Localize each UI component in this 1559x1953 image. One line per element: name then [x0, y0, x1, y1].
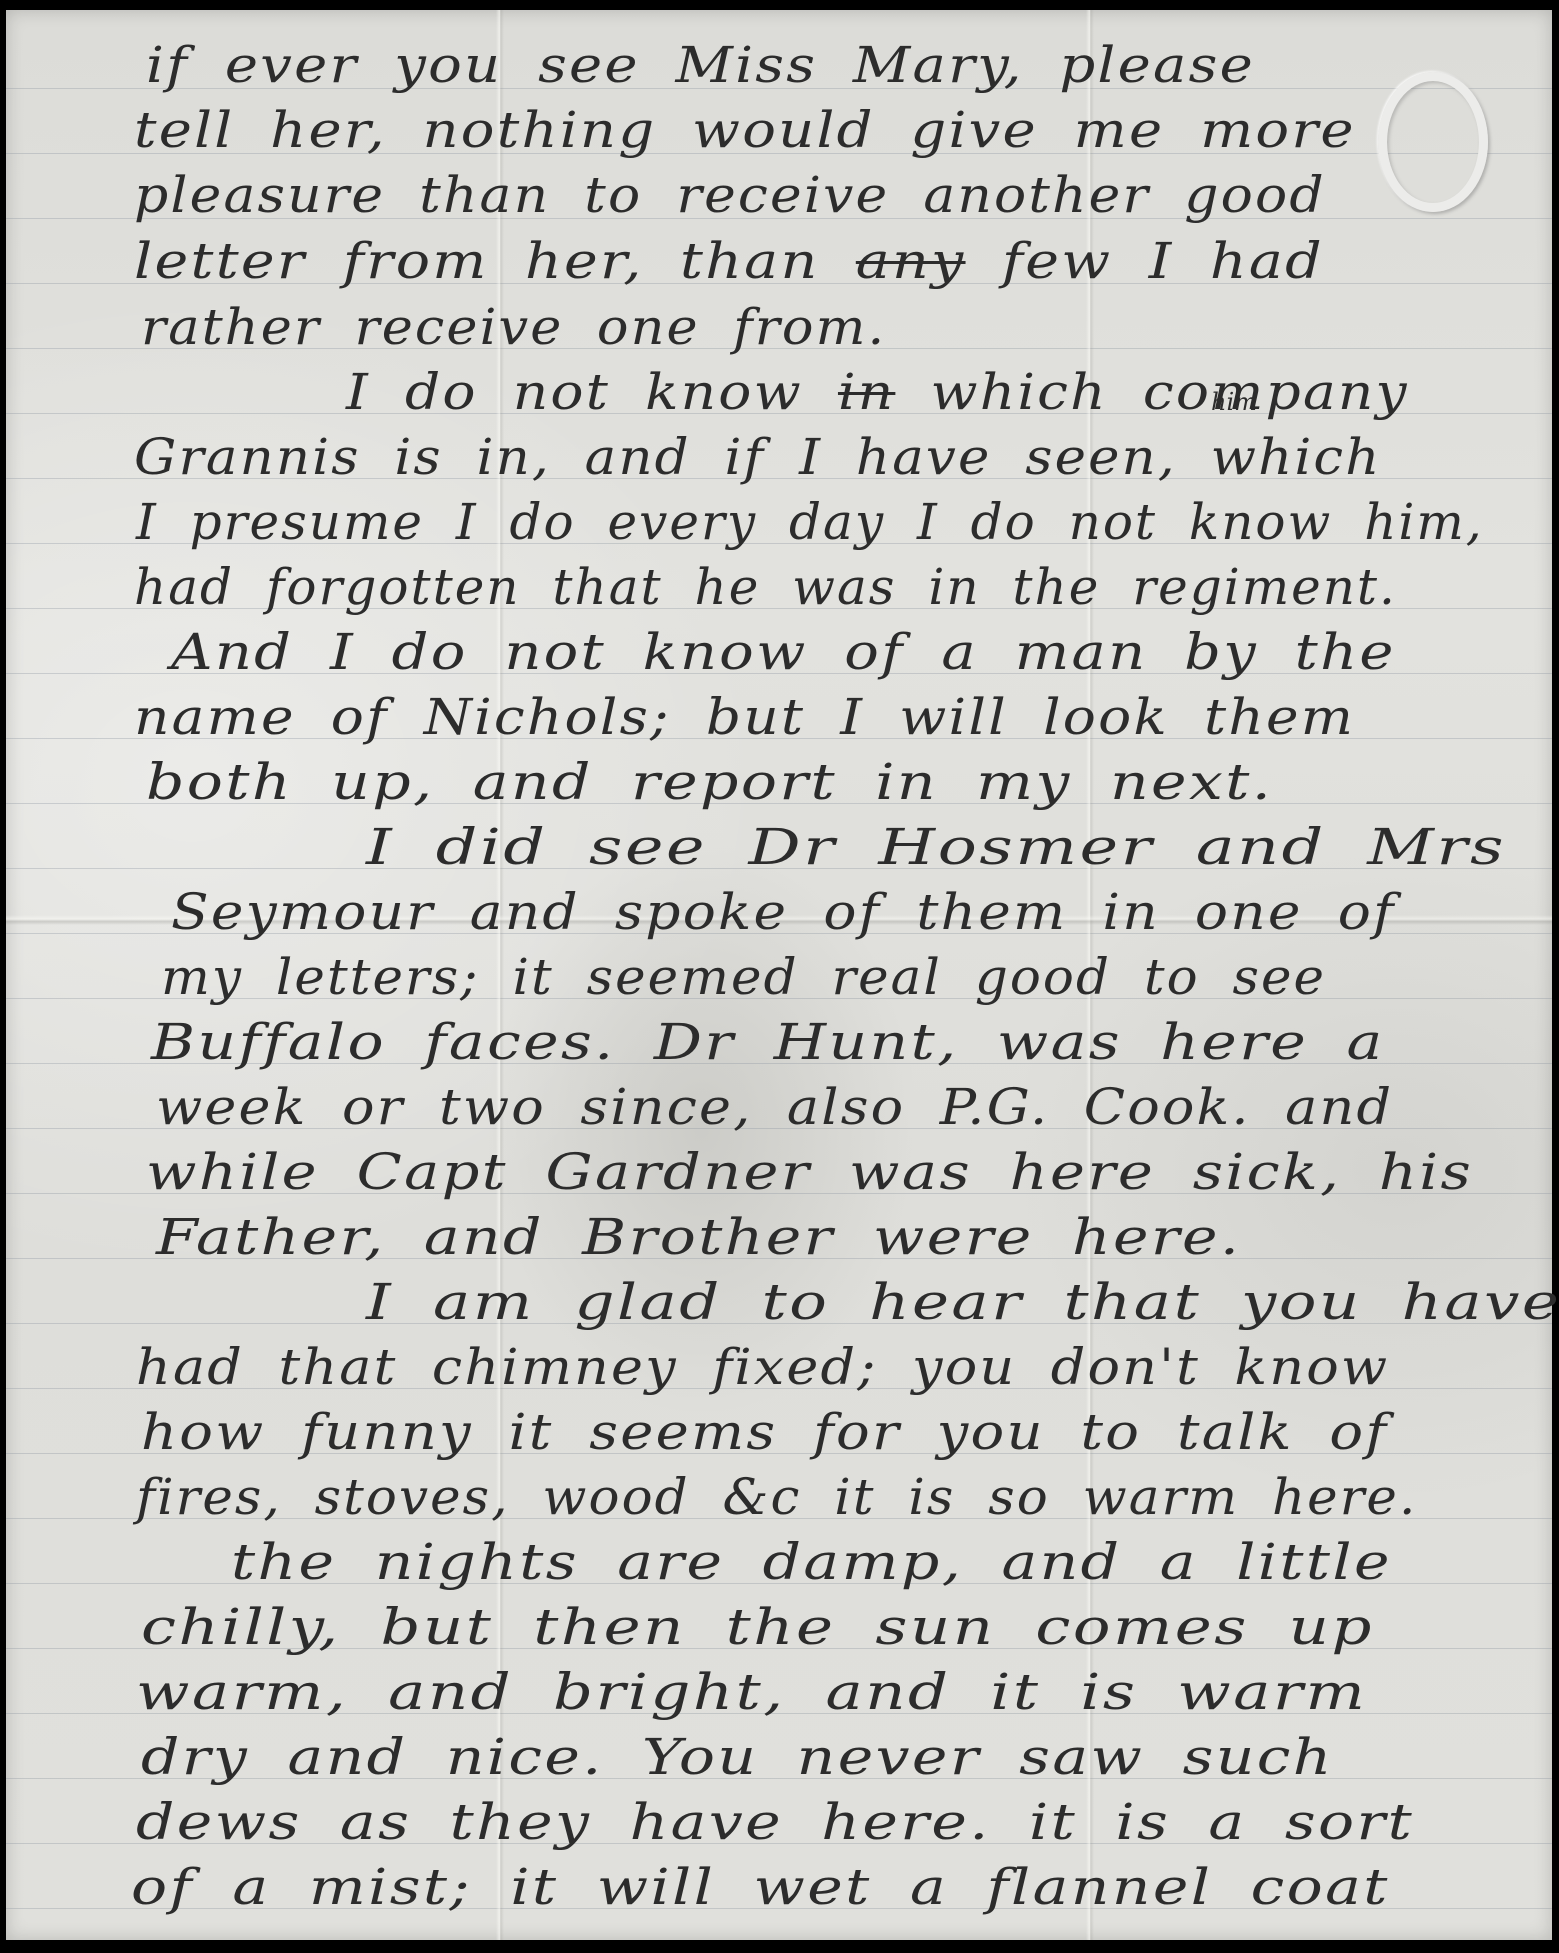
letter-line: I did see Dr Hosmer and Mrs	[366, 822, 1506, 872]
letter-line: name of Nichols; but I will look them	[134, 692, 1355, 742]
letter-line: week or two since, also P.G. Cook. and	[156, 1082, 1393, 1132]
letter-line: warm, and bright, and it is warm	[136, 1667, 1367, 1717]
letter-line: letter from her, than any few I had	[134, 236, 1324, 286]
letter-line: Buffalo faces. Dr Hunt, was here a	[151, 1017, 1385, 1067]
letter-line: chilly, but then the sun comes up	[141, 1602, 1374, 1652]
struck-word: in	[838, 363, 895, 421]
letter-page: if ever you see Miss Mary, please tell h…	[6, 10, 1552, 1940]
letter-line: I presume I do every day I do not know h…	[136, 497, 1484, 547]
letter-line: had that chimney fixed; you don't know	[136, 1342, 1389, 1392]
letter-line: Grannis is in, and if I have seen, which	[134, 432, 1381, 482]
embossed-seal-icon	[1378, 72, 1488, 212]
struck-word: any	[856, 232, 966, 290]
letter-text: letter from her, than	[134, 232, 856, 290]
letter-line: tell her, nothing would give me more	[134, 105, 1356, 155]
letter-line: Seymour and spoke of them in one of	[171, 887, 1396, 937]
letter-line: pleasure than to receive another good	[134, 170, 1326, 220]
letter-line: how funny it seems for you to talk of	[141, 1407, 1388, 1457]
letter-line: had forgotten that he was in the regimen…	[134, 562, 1397, 612]
letter-text: few I had	[966, 232, 1324, 290]
letter-line: of a mist; it will wet a flannel coat	[131, 1862, 1390, 1912]
letter-line: dews as they have here. it is a sort	[136, 1797, 1414, 1847]
letter-text: I do not know	[346, 363, 838, 421]
letter-text: which company	[895, 363, 1408, 421]
letter-line: if ever you see Miss Mary, please	[146, 40, 1255, 90]
letter-line: while Capt Gardner was here sick, his	[146, 1147, 1473, 1197]
letter-line: rather receive one from.	[141, 302, 886, 352]
letter-line: fires, stoves, wood &c it is so warm her…	[136, 1472, 1417, 1522]
letter-line: the nights are damp, and a little	[231, 1537, 1392, 1587]
letter-line: I am glad to hear that you have	[366, 1277, 1559, 1327]
letter-line: my letters; it seemed real good to see	[161, 952, 1326, 1002]
letter-line: dry and nice. You never saw such	[141, 1732, 1334, 1782]
letter-line: And I do not know of a man by the	[171, 627, 1396, 677]
letter-line: Father, and Brother were here.	[156, 1212, 1241, 1262]
letter-line: both up, and report in my next.	[146, 757, 1273, 807]
inserted-word: him	[1211, 388, 1257, 416]
